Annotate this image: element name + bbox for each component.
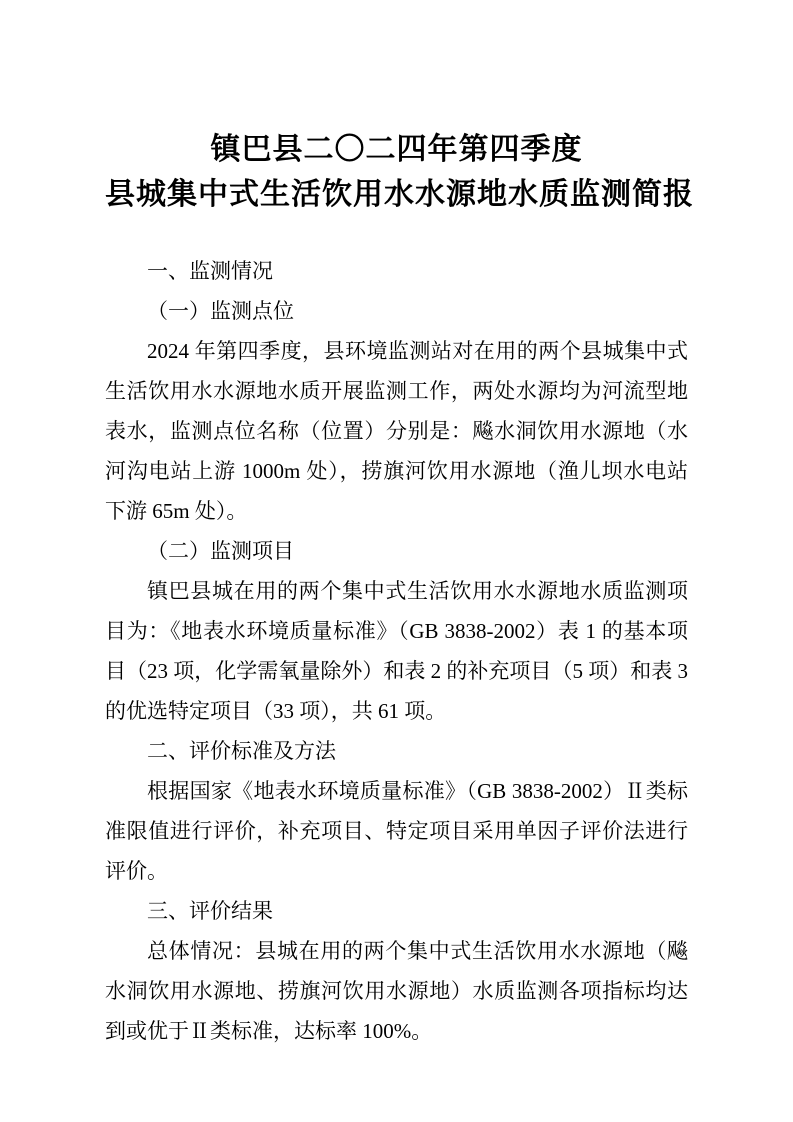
section-heading-monitoring-situation: 一、监测情况 [105,251,688,291]
subsection-heading-monitoring-points: （一）监测点位 [105,291,688,331]
document-title: 镇巴县二〇二四年第四季度 县城集中式生活饮用水水源地水质监测简报 [105,127,688,217]
title-line-1: 镇巴县二〇二四年第四季度 [105,127,688,172]
paragraph-monitoring-points: 2024 年第四季度，县环境监测站对在用的两个县城集中式生活饮用水水源地水质开展… [105,331,688,531]
title-line-2: 县城集中式生活饮用水水源地水质监测简报 [105,172,688,217]
paragraph-evaluation-standard: 根据国家《地表水环境质量标准》（GB 3838-2002）Ⅱ类标准限值进行评价，… [105,771,688,891]
paragraph-monitoring-items: 镇巴县城在用的两个集中式生活饮用水水源地水质监测项目为：《地表水环境质量标准》（… [105,571,688,731]
subsection-heading-monitoring-items: （二）监测项目 [105,531,688,571]
section-heading-evaluation-standard: 二、评价标准及方法 [105,731,688,771]
document-body: 一、监测情况 （一）监测点位 2024 年第四季度，县环境监测站对在用的两个县城… [105,251,688,1051]
section-heading-evaluation-result: 三、评价结果 [105,891,688,931]
document-page: 镇巴县二〇二四年第四季度 县城集中式生活饮用水水源地水质监测简报 一、监测情况 … [0,0,793,1122]
paragraph-evaluation-result: 总体情况：县城在用的两个集中式生活饮用水水源地（飚水洞饮用水源地、捞旗河饮用水源… [105,931,688,1051]
